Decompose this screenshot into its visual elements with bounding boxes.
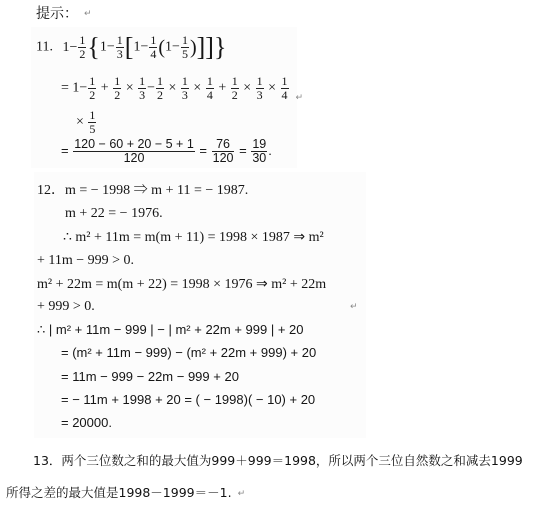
operator: × [243, 81, 251, 96]
fraction: 15 [88, 109, 96, 136]
math-line: m = − 1998 ⇒ m + 11 = − 1987. [65, 183, 248, 198]
operator: + [218, 81, 226, 96]
hint-title: 提示：↵ [36, 3, 92, 23]
fraction: 12 [156, 75, 164, 102]
fraction: 12 [78, 34, 86, 61]
term: 1− [133, 40, 148, 55]
operator: × [268, 81, 276, 96]
fraction: 12 [113, 75, 121, 102]
operator: = [61, 143, 69, 158]
fraction: 13 [138, 75, 146, 102]
problem-11-line-4: = 120 − 60 + 20 − 5 + 1120 = 76120 = 193… [61, 138, 272, 165]
operator: × [126, 81, 134, 96]
problem-12-line-4: + 11m − 999 > 0. [37, 253, 134, 269]
operator: × [76, 115, 84, 130]
fraction: 76120 [212, 138, 235, 165]
problem-11-line-3: × 15 [76, 109, 97, 136]
operator: × [193, 81, 201, 96]
operator: = [239, 143, 247, 158]
operator: = [199, 143, 207, 158]
problem-12-line-5: m² + 22m = m(m + 22) = 1998 × 1976 ⇒ m² … [37, 276, 326, 293]
fraction: 13 [116, 34, 124, 61]
fraction: 14 [149, 34, 157, 61]
problem-12-line-8: = (m² + 11m − 999) − (m² + 22m + 999) + … [61, 345, 316, 360]
right-brackets: ]] [197, 33, 214, 62]
operator: + [101, 81, 109, 96]
problem-11-line-1: 11. 1−12{1−13[1−14(1−15)]]} [36, 34, 226, 61]
problem-12-line-9: = 11m − 999 − 22m − 999 + 20 [61, 369, 239, 384]
operator: − [147, 81, 155, 96]
problem-number: 11. [36, 40, 53, 55]
problem-number: 12． [37, 183, 65, 198]
term: 1− [62, 40, 77, 55]
problem-12-line-6: + 999 > 0. [37, 299, 95, 315]
fraction: 12 [231, 75, 239, 102]
fraction: 12 [88, 75, 96, 102]
term: 1− [100, 40, 115, 55]
problem-12-line-7: ∴ | m² + 11m − 999 | − | m² + 22m + 999 … [37, 322, 304, 338]
problem-13-line-2: 所得之差的最大值是1998－1999＝－1.↵ [6, 483, 245, 501]
problem-12-line-1: 12．m = − 1998 ⇒ m + 11 = − 1987. [37, 179, 248, 199]
operator: × [169, 81, 177, 96]
paragraph-mark-icon: ↵ [84, 9, 92, 19]
problem-12-line-11: = 20000. [61, 415, 112, 430]
right-paren: ) [190, 37, 197, 59]
problem-12-line-2: m + 22 = − 1976. [65, 206, 163, 222]
paragraph-mark-icon: ↵ [350, 302, 358, 312]
period: . [268, 143, 272, 158]
problem-11-line-2: = 1−12 + 12 × 13−12 × 13 × 14 + 12 × 13 … [61, 75, 303, 103]
fraction: 14 [281, 75, 289, 102]
math-line: + 999 > 0. [37, 299, 95, 314]
term: = 1− [61, 81, 87, 96]
problem-12-line-3: ∴ m² + 11m = m(m + 11) = 1998 × 1987 ⇒ m… [63, 229, 324, 246]
fraction: 13 [181, 75, 189, 102]
fraction: 13 [256, 75, 264, 102]
left-brace: { [87, 33, 99, 62]
term: 1− [165, 40, 180, 55]
fraction: 120 − 60 + 20 − 5 + 1120 [73, 138, 195, 165]
fraction: 15 [181, 34, 189, 61]
problem-12-line-10: = − 11m + 1998 + 20 = ( − 1998)( − 10) +… [61, 392, 315, 407]
text: 所得之差的最大值是1998－1999＝－1. [6, 485, 232, 500]
fraction: 1930 [251, 138, 267, 165]
right-brace: } [214, 33, 226, 62]
paragraph-mark-icon: ↵ [238, 489, 246, 499]
paragraph-mark-icon: ↵ [296, 93, 304, 103]
problem-13-line-1: 13．两个三位数之和的最大值为999＋999＝1998，所以两个三位自然数之和减… [33, 451, 523, 469]
fraction: 14 [206, 75, 214, 102]
hint-title-text: 提示： [36, 6, 78, 22]
